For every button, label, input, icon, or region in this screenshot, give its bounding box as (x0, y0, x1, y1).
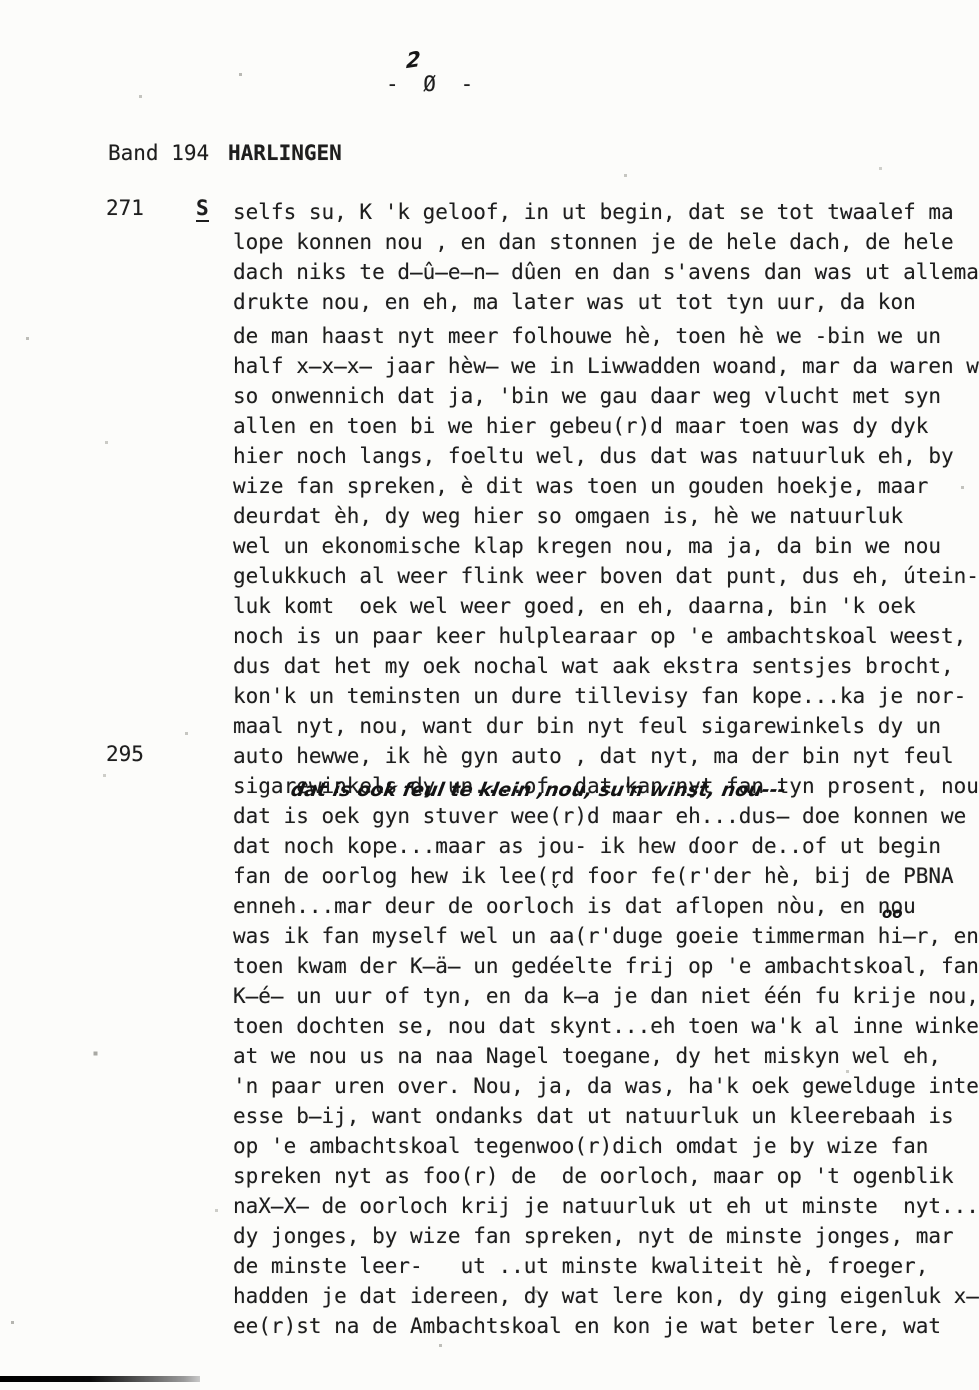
transcript-line: lope konnen nou , en dan stonnen je de h… (233, 227, 979, 257)
transcript-line: auto hewwe, ik hè gyn auto , dat nyt, ma… (233, 741, 979, 771)
handwritten-superscript-oo: oo (882, 904, 903, 922)
transcript-body: selfs su, K 'k geloof, in ut begin, dat … (233, 197, 979, 1341)
transcript-line: hadden je dat idereen, dy wat lere kon, … (233, 1281, 979, 1311)
margin-line-number-295: 295 (106, 742, 144, 766)
transcript-line: enneh...mar deur de oorloch is dat aflop… (233, 891, 979, 921)
typed-page-number: - Ø - (386, 72, 479, 96)
transcript-line: dy jonges, by wize fan spreken, nyt de m… (233, 1221, 979, 1251)
transcript-line: fan de oorlog hew ik lee(r̬d foor fe(r'd… (233, 861, 979, 891)
transcript-line: was ik fan myself wel un aa(r'duge goeie… (233, 921, 979, 951)
transcript-line: half x̶x̶x̶ jaar hèw̶ we in Liwwadden wo… (233, 351, 979, 381)
scan-speckles (0, 0, 1, 1)
scanned-transcript-page: 2 - Ø - Band 194 HARLINGEN 271 295 S sel… (0, 0, 979, 1390)
transcript-line: toen dochten se, nou dat skynt...eh toen… (233, 1011, 979, 1041)
handwritten-page-number: 2 (406, 47, 421, 73)
transcript-line: selfs su, K 'k geloof, in ut begin, dat … (233, 197, 979, 227)
transcript-line: 'n paar uren over. Nou, ja, da was, ha'k… (233, 1071, 979, 1101)
transcript-line: toen kwam der K̶ä̶ un gedéelte frij op '… (233, 951, 979, 981)
transcript-line: at we nou us na naa Nagel toegane, dy he… (233, 1041, 979, 1071)
transcript-line: dat is oek gyn stuver wee(r)d maar eh...… (233, 801, 979, 831)
transcript-line: ee(r)st na de Ambachtskoal en kon je wat… (233, 1311, 979, 1341)
transcript-line: dus dat het my oek nochal wat aak ekstra… (233, 651, 979, 681)
transcript-line: deurdat èh, dy weg hier so omgaen is, hè… (233, 501, 979, 531)
transcript-line: de man haast nyt meer folhouwe hè, toen … (233, 321, 979, 351)
transcript-line: K̶é̶ un uur of tyn, en da k̶a je dan nie… (233, 981, 979, 1011)
transcript-line: noch is un paar keer hulplearaar op 'e a… (233, 621, 979, 651)
transcript-line: hier noch langs, foeltu wel, dus dat was… (233, 441, 979, 471)
transcript-line: so onwennich dat ja, 'bin we gau daar we… (233, 381, 979, 411)
transcript-line: naX̶X̶ de oorloch krij je natuurluk ut e… (233, 1191, 979, 1221)
speaker-label: S (196, 196, 209, 222)
transcript-line: op 'e ambachtskoal tegenwoo(r)dich omdat… (233, 1131, 979, 1161)
transcript-line: esse b̶ij, want ondanks dat ut natuurluk… (233, 1101, 979, 1131)
transcript-line: gelukkuch al weer flink weer boven dat p… (233, 561, 979, 591)
handwritten-insertion: dat is ook feul te klein ,nou, su'n wins… (289, 779, 787, 801)
page-title: HARLINGEN (228, 141, 342, 165)
transcript-line: dat noch kope...maar as jou- ik hew ɗoor… (233, 831, 979, 861)
transcript-line: wel un ekonomische klap kregen nou, ma j… (233, 531, 979, 561)
transcript-line: allen en toen bi we hier gebeu(r)d maar … (233, 411, 979, 441)
scan-artifact-bar (0, 1376, 200, 1382)
band-label: Band 194 (108, 141, 209, 165)
transcript-line: maal nyt, nou, want dur bin nyt feul sig… (233, 711, 979, 741)
transcript-line: de minste leer- ut ..ut minste kwaliteit… (233, 1251, 979, 1281)
transcript-line: luk komt oek wel weer goed, en eh, daarn… (233, 591, 979, 621)
transcript-line: kon'k un teminsten un dure tillevisy fan… (233, 681, 979, 711)
transcript-line: wize fan spreken, è dit was toen un goud… (233, 471, 979, 501)
transcript-line: spreken nyt as foo(r) de de oorloch, maa… (233, 1161, 979, 1191)
transcript-line: drukte nou, en eh, ma later was ut tot t… (233, 287, 979, 317)
margin-line-number-271: 271 (106, 196, 144, 220)
transcript-line: dach niks te d̶û̶e̶n̶ dûen en dan s'aven… (233, 257, 979, 287)
